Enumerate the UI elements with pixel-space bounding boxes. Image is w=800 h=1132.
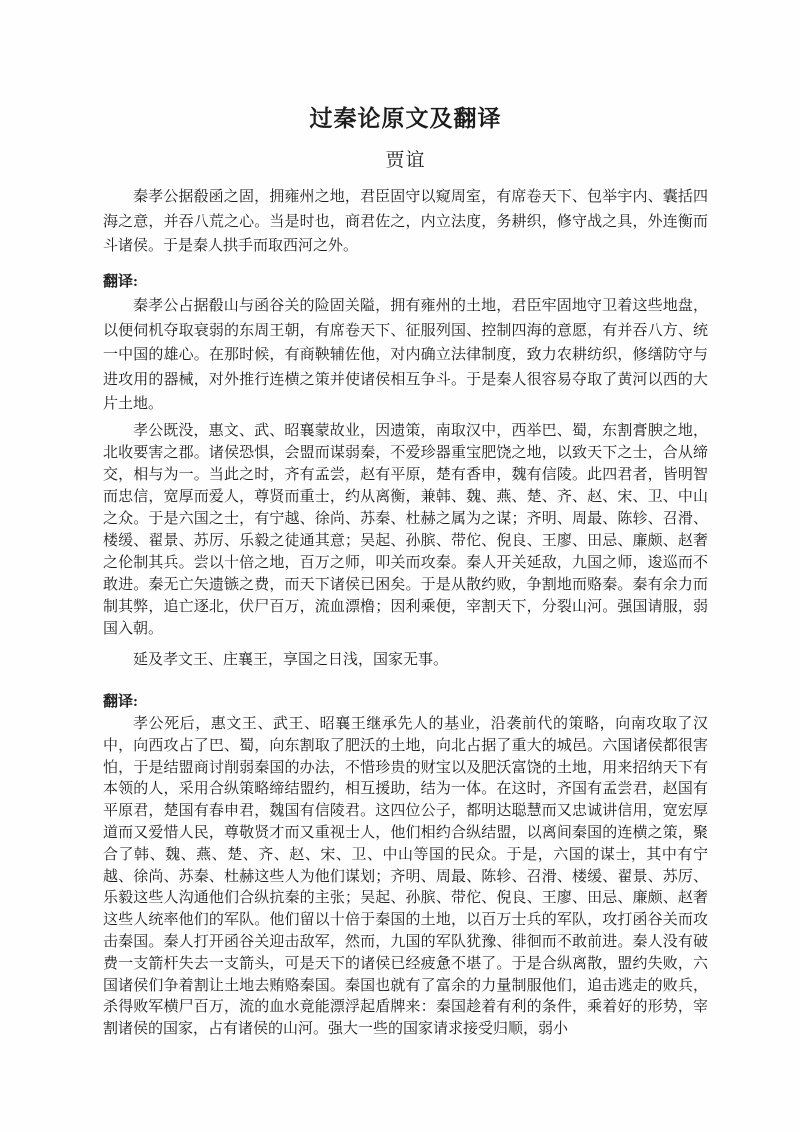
- document-content: 过秦论原文及翻译 贾谊 秦孝公据殽函之固，拥雍州之地，君臣固守以窥周室，有席卷天…: [103, 0, 708, 1041]
- translation-paragraph-2: 孝公死后，惠文王、武王、昭襄王继承先人的基业，沿袭前代的策略，向南攻取了汉中，向…: [103, 714, 708, 1041]
- author-name: 贾谊: [103, 147, 708, 174]
- page-title: 过秦论原文及翻译: [103, 104, 708, 134]
- translation-paragraph-1: 秦孝公占据殽山与函谷关的险固关隘，拥有雍州的土地，君臣牢固地守卫着这些地盘，以便…: [103, 294, 708, 417]
- translation-label-1: 翻译:: [103, 270, 708, 295]
- original-text-paragraph-3: 延及孝文王、庄襄王，享国之日浅，国家无事。: [103, 649, 708, 671]
- original-text-paragraph-1: 秦孝公据殽函之固，拥雍州之地，君臣固守以窥周室，有席卷天下、包举宇内、囊括四海之…: [103, 185, 708, 259]
- original-text-paragraph-2: 孝公既没，惠文、武、昭襄蒙故业，因遗策，南取汉中，西举巴、蜀，东割膏腴之地，北收…: [103, 420, 708, 640]
- translation-label-2: 翻译:: [103, 690, 708, 715]
- document-page: 过秦论原文及翻译 贾谊 秦孝公据殽函之固，拥雍州之地，君臣固守以窥周室，有席卷天…: [0, 0, 800, 1132]
